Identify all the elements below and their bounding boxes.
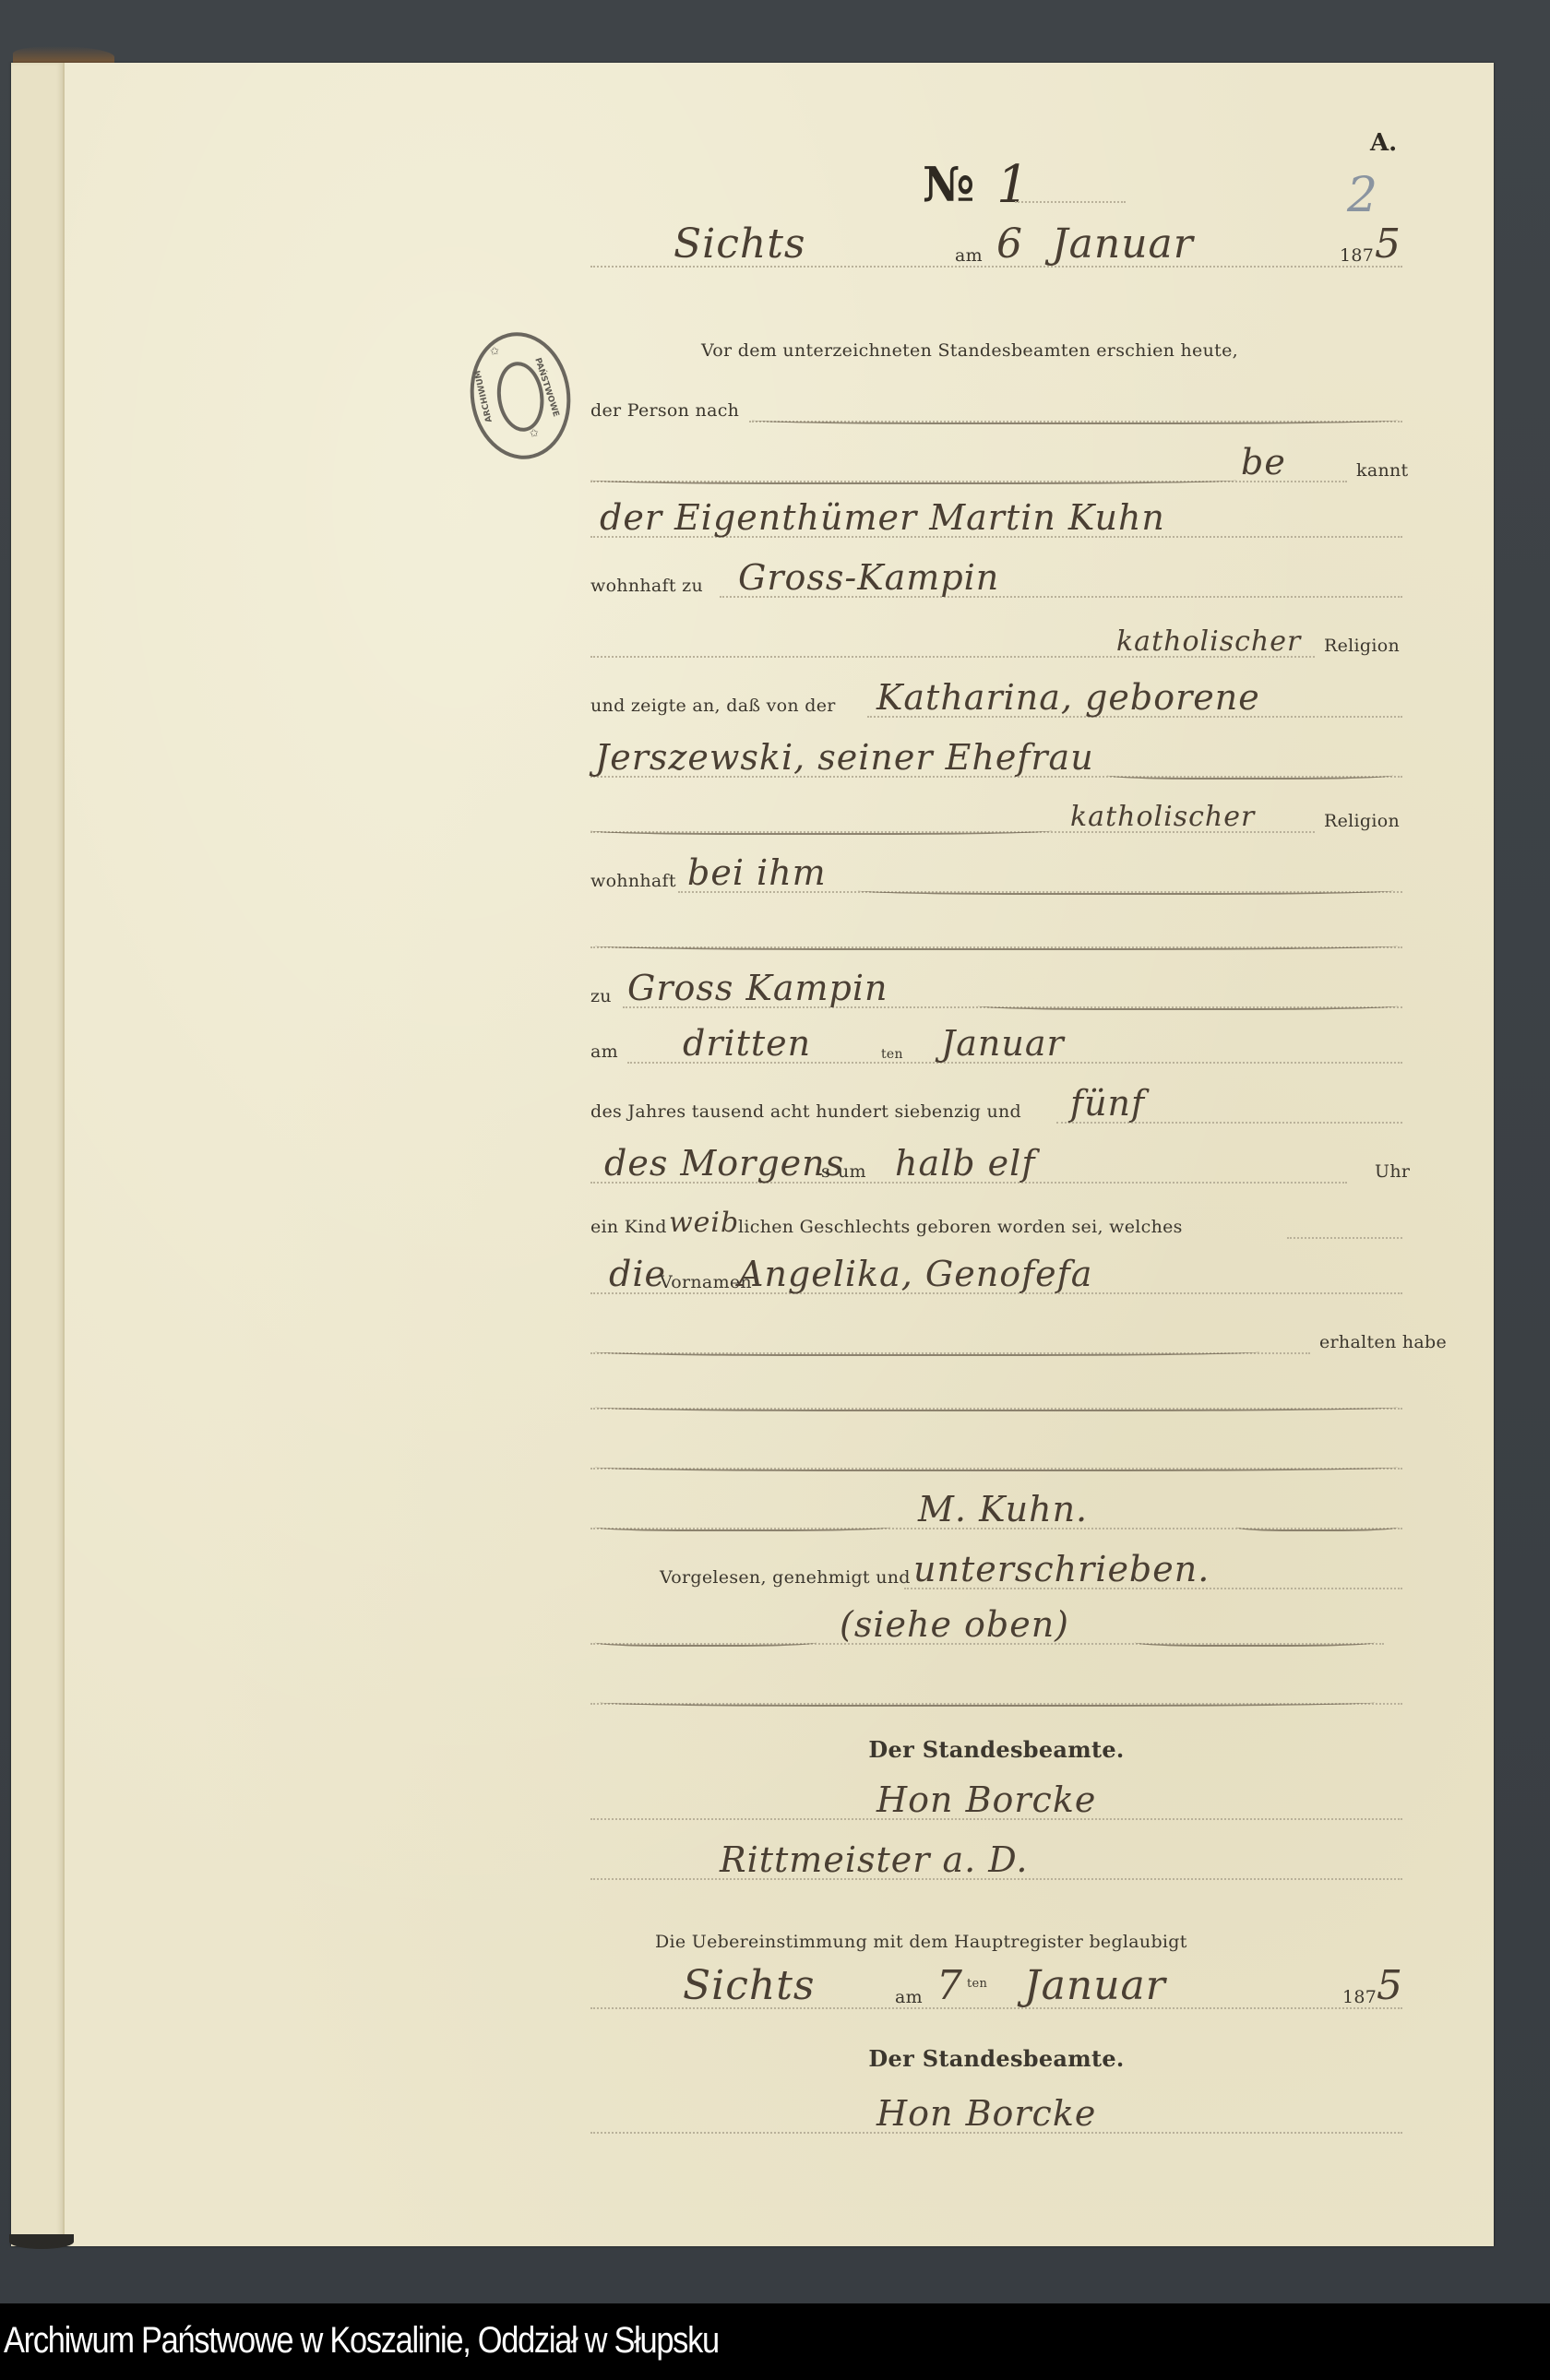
closing-fill-stroke <box>600 1696 1375 1707</box>
mother-residence-row: wohnhaft bei ihm <box>590 858 1402 895</box>
paper-tear-bottom <box>9 2234 74 2249</box>
certification-title-row: Der Standesbeamte. <box>590 2039 1402 2076</box>
certification-official-title: Der Standesbeamte. <box>590 2045 1402 2072</box>
birth-time-prefix: des Morgens <box>604 1143 844 1184</box>
birth-year-row: des Jahres tausend acht hundert siebenzi… <box>590 1089 1402 1125</box>
mother-religion-label: Religion <box>1324 811 1400 831</box>
official-rank-row: Rittmeister a. D. <box>590 1845 1402 1882</box>
declarant-signature-row: M. Kuhn. <box>590 1494 1402 1531</box>
declarant-religion-row: katholischer Religion <box>590 623 1402 660</box>
declarant-religion: katholischer <box>1116 625 1301 658</box>
birth-place-label: zu <box>590 986 612 1006</box>
mother-name-row: Jerszewski, seiner Ehefrau <box>590 743 1402 779</box>
official-title: Der Standesbeamte. <box>590 1736 1402 1763</box>
identity-row: der Person nach <box>590 387 1402 424</box>
certification-year-suffix: 5 <box>1377 1962 1403 2009</box>
declarant-signature-stroke-left <box>595 1520 890 1531</box>
declarant-residence-label: wohnhaft zu <box>590 576 703 596</box>
mother-intro-row: und zeigte an, daß von der Katharina, ge… <box>590 683 1402 720</box>
declarant-name-row: der Eigenthümer Martin Kuhn <box>590 503 1402 540</box>
child-sex-row: ein Kind weib lichen Geschlechts geboren… <box>590 1204 1402 1241</box>
stamp-star-icon: ✩ <box>529 426 540 440</box>
closing-line-row <box>590 1670 1402 1707</box>
identity-label-after: kannt <box>1356 460 1408 481</box>
archive-footer-bar: Archiwum Państwowe w Koszalinie, Oddział… <box>0 2303 1550 2380</box>
identity-fill-stroke-2 <box>590 473 1236 484</box>
identity-fill-stroke <box>752 413 1398 424</box>
birth-ten-label: ten <box>881 1047 903 1062</box>
birth-year-label: des Jahres tausend acht hundert siebenzi… <box>590 1101 1021 1122</box>
birth-s-label: s <box>821 1161 830 1182</box>
mother-name-1: Katharina, geborene <box>876 677 1260 718</box>
certification-am-label: am <box>895 1987 923 2007</box>
header-day: 6 <box>996 220 1023 268</box>
birth-month: Januar <box>941 1023 1065 1064</box>
birth-place: Gross Kampin <box>627 968 888 1008</box>
official-title-row: Der Standesbeamte. <box>590 1730 1402 1767</box>
mother-intro-label: und zeigte an, daß von der <box>590 696 836 716</box>
mother-religion-row: katholischer Religion <box>590 798 1402 835</box>
certification-signature-row: Hon Borcke <box>590 2099 1402 2136</box>
read-approved-label: Vorgelesen, genehmigt und <box>660 1567 911 1588</box>
identity-handwritten: be <box>1241 442 1286 482</box>
mother-residence-label: wohnhaft <box>590 871 676 891</box>
identity-known-row: be kannt <box>590 447 1402 484</box>
mother-residence-fill-stroke <box>858 884 1393 895</box>
header-year-suffix: 5 <box>1375 220 1401 268</box>
mother-name-fill-stroke <box>1107 768 1393 779</box>
read-approved-row: Vorgelesen, genehmigt und unterschrieben… <box>590 1554 1402 1591</box>
birth-year-text: fünf <box>1070 1083 1145 1124</box>
declarant-religion-label: Religion <box>1324 636 1400 656</box>
certification-day: 7 <box>936 1962 963 2009</box>
official-rank: Rittmeister a. D. <box>720 1839 1029 1880</box>
certification-day-suffix: ten <box>967 1977 987 1991</box>
record-number-line <box>1015 201 1126 203</box>
declarant-residence: Gross-Kampin <box>738 557 999 598</box>
record-number: 1 <box>996 155 1030 215</box>
given-names-row: die Vornamen Angelika, Genofefa <box>590 1259 1402 1296</box>
given-names: Angelika, Genofefa <box>738 1254 1092 1294</box>
blank-fill-stroke-2 <box>595 1460 1398 1471</box>
certification-statement: Die Uebereinstimmung mit dem Hauptregist… <box>655 1932 1187 1952</box>
certification-place: Sichts <box>683 1962 815 2009</box>
pencil-page-number: 2 <box>1347 168 1377 223</box>
header-year-prefix: 187 <box>1340 245 1374 266</box>
child-label-1: ein Kind <box>590 1217 667 1237</box>
received-row: erhalten habe <box>590 1319 1402 1356</box>
birth-uhr-label: Uhr <box>1375 1161 1410 1182</box>
mother-name-2: Jerszewski, seiner Ehefrau <box>595 737 1094 778</box>
blank-row-2 <box>590 1434 1402 1471</box>
received-label: erhalten habe <box>1319 1332 1447 1352</box>
header-place: Sichts <box>674 220 805 268</box>
mother-religion-fill-stroke <box>590 824 1052 835</box>
declarant-signature: M. Kuhn. <box>918 1489 1088 1529</box>
official-signature: Hon Borcke <box>876 1779 1096 1820</box>
header-am-label: am <box>955 245 983 266</box>
binding-strip <box>11 63 65 2246</box>
archive-credit: Archiwum Państwowe w Koszalinie, Oddział… <box>4 2320 719 2362</box>
child-label-2: lichen Geschlechts geboren worden sei, w… <box>738 1217 1183 1237</box>
stamp-text-left: ARCHIWUM <box>473 369 495 422</box>
birth-place-row: zu Gross Kampin <box>590 973 1402 1010</box>
intro-text: Vor dem unterzeichneten Standesbeamten e… <box>701 340 1238 361</box>
declarant-name: der Eigenthümer Martin Kuhn <box>600 497 1165 538</box>
birth-day: dritten <box>683 1023 811 1064</box>
birth-place-fill-stroke <box>978 999 1398 1010</box>
birth-date-row: am dritten ten Januar <box>590 1029 1402 1065</box>
header-place-date-row: Sichts am 6 Januar 187 5 <box>590 232 1402 269</box>
stamp-star-icon: ✩ <box>489 344 500 358</box>
blank-row-1 <box>590 1374 1402 1411</box>
read-approved-handwritten: unterschrieben. <box>913 1549 1210 1589</box>
see-above: (siehe oben) <box>840 1604 1069 1645</box>
mother-residence: bei ihm <box>687 852 827 893</box>
received-fill-stroke <box>595 1345 1259 1356</box>
given-names-prefix: die <box>609 1254 666 1294</box>
record-number-label: № <box>923 157 975 213</box>
see-above-stroke-right <box>1135 1636 1375 1647</box>
birth-am-label: am <box>590 1041 618 1062</box>
official-signature-row: Hon Borcke <box>590 1785 1402 1822</box>
mother-religion: katholischer <box>1070 801 1255 833</box>
child-sex-line <box>1287 1237 1402 1239</box>
intro-row: Vor dem unterzeichneten Standesbeamten e… <box>590 327 1402 364</box>
blank-line-fill-stroke <box>595 939 1398 950</box>
birth-record-form: A. 2 № 1 Sichts am 6 Januar 187 5 Vor de… <box>590 111 1402 2232</box>
blank-fill-stroke-1 <box>595 1400 1398 1411</box>
birth-time: halb elf <box>895 1143 1035 1184</box>
certification-year-prefix: 187 <box>1342 1987 1377 2007</box>
birth-time-row: des Morgens s um halb elf Uhr <box>590 1148 1402 1185</box>
child-sex: weib <box>669 1207 739 1239</box>
certification-signature: Hon Borcke <box>876 2093 1096 2134</box>
header-month: Januar <box>1052 220 1194 268</box>
declarant-residence-row: wohnhaft zu Gross-Kampin <box>590 563 1402 600</box>
declarant-signature-stroke-right <box>1236 1520 1398 1531</box>
birth-um-label: um <box>838 1161 866 1182</box>
certification-date-row: Sichts am 7 ten Januar 187 5 <box>590 1974 1402 2011</box>
register-letter: A. <box>1370 129 1397 157</box>
blank-line-row <box>590 913 1402 950</box>
see-above-row: (siehe oben) <box>590 1610 1402 1647</box>
certification-statement-row: Die Uebereinstimmung mit dem Hauptregist… <box>590 1919 1402 1956</box>
certification-month: Januar <box>1024 1962 1166 2009</box>
see-above-stroke-left <box>595 1636 817 1647</box>
identity-label: der Person nach <box>590 400 739 421</box>
